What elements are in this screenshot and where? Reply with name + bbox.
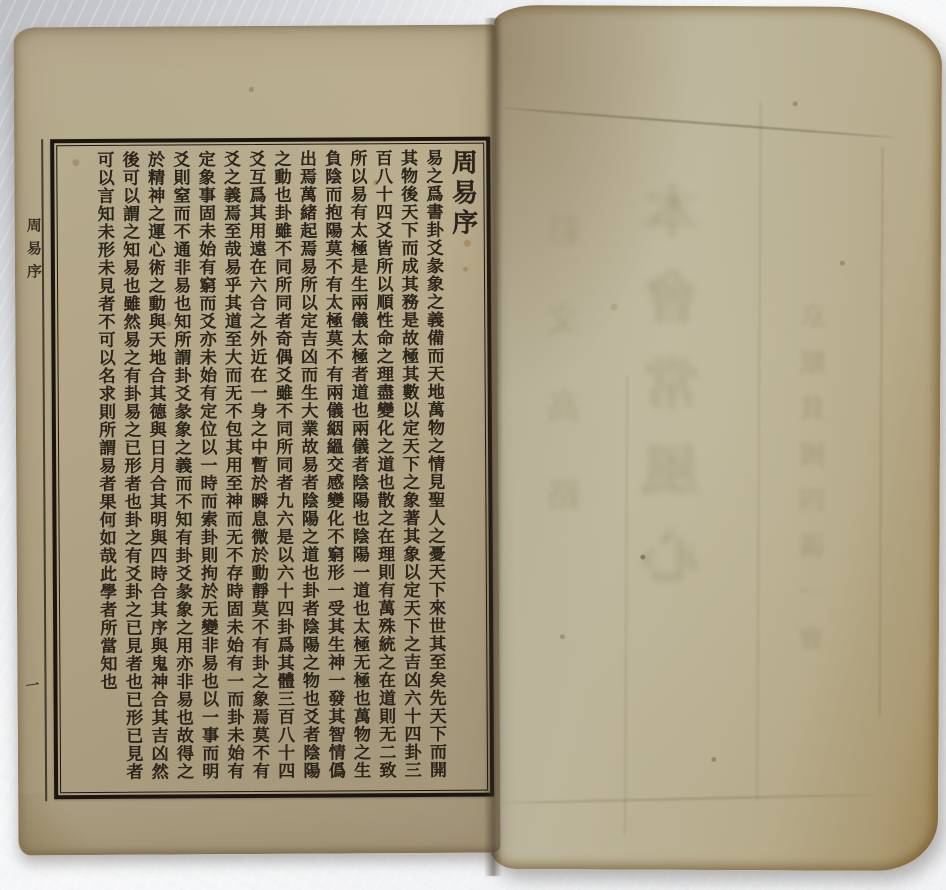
page-crease-top [504, 107, 895, 138]
corner-fold-shading [18, 793, 106, 856]
text-column: 百八十四爻皆所以順性命之理盡變化之道也散之在理則有萬殊統之在道則无二致 [368, 149, 397, 787]
text-block: 周易序 易之爲書卦爻彖象之義備而天地萬物之情見聖人之憂天下來世其至矣先天下而開其… [60, 149, 484, 790]
foxing-spots [494, 5, 497, 8]
text-column: 負陰而抱陽莫不有太極莫不有兩儀絪縕交感變化不窮形一受其生神一發其智情僞 [318, 149, 347, 787]
foxing-spots [13, 27, 16, 30]
text-column: 可以言知未形未見者不可以名求則所謂易者果何如哉此學者所當知也 [90, 151, 119, 789]
text-column: 爻互爲其用遠在六合之外近在一身之中暫於瞬息微於動靜莫不有卦之象焉莫不有 [242, 150, 271, 788]
printed-text-frame: 周易序 易之爲書卦爻彖象之義備而天地萬物之情見聖人之憂天下來世其至矣先天下而開其… [50, 137, 494, 800]
page-crease-vertical [624, 376, 628, 836]
page-crease-vertical [756, 101, 762, 801]
folio-page-number: 一 [24, 674, 41, 696]
text-column: 所以易有太極是生兩儀太極者道也兩儀者陰陽也陰陽一道也太極无極也萬物之生 [343, 149, 372, 787]
text-column: 之動也卦雖不同所同者奇偶爻雖不同所同者九六是以六十四卦爲其體三百八十四 [267, 150, 296, 788]
book-photo-scene: 本會常風心 彩文高路 京厭貧國四滿一會 周易序 一 周易序 易之爲書卦爻彖象之義… [0, 0, 946, 890]
text-column: 爻之義焉至哉易乎其道至大而无不包其用至神而无不存時固未始有一而卦未始有 [217, 150, 246, 788]
text-column: 其物後天下而成其務是故極其數以定天下之象著其象以定天下之吉凶六十四卦三 [394, 149, 423, 787]
text-column: 定象事固未始有窮而爻亦未始有定位以一時而索卦則拘於无變非易也以一事而明 [191, 150, 220, 788]
section-title: 周易序 [444, 149, 484, 787]
page-crease-bottom [502, 794, 874, 804]
text-column: 爻則窒而不通非易也知所謂卦爻彖象之義而不知有卦爻彖象之用亦非易也故得之 [166, 150, 195, 788]
text-column: 於精神之運心術之動與天地合其德與日月合其明與四時合其序與鬼神合其吉凶然 [141, 151, 170, 789]
text-column: 後可以謂之知易也雖然易之有卦易之已形者也卦之有爻卦之已見者也已形已見者 [115, 151, 144, 789]
bleedthrough-side-text: 彩文高路 [541, 213, 592, 565]
text-column: 出焉萬緒起焉易所以定吉凶而生大業故易者陰陽之道也卦者陰陽之物也爻者陰陽 [292, 150, 321, 788]
text-column: 易之爲書卦爻彖象之義備而天地萬物之情見聖人之憂天下來世其至矣先天下而開 [419, 149, 448, 787]
left-printed-page: 周易序 一 周易序 易之爲書卦爻彖象之義備而天地萬物之情見聖人之憂天下來世其至矣… [13, 25, 500, 856]
bleedthrough-colophon-text: 京厭貧國四滿一會 [795, 302, 834, 670]
right-blank-page: 本會常風心 彩文高路 京厭貧國四滿一會 [490, 5, 943, 871]
page-edge-fold [879, 147, 884, 717]
bleedthrough-title-text: 本會常風心 [633, 182, 719, 612]
